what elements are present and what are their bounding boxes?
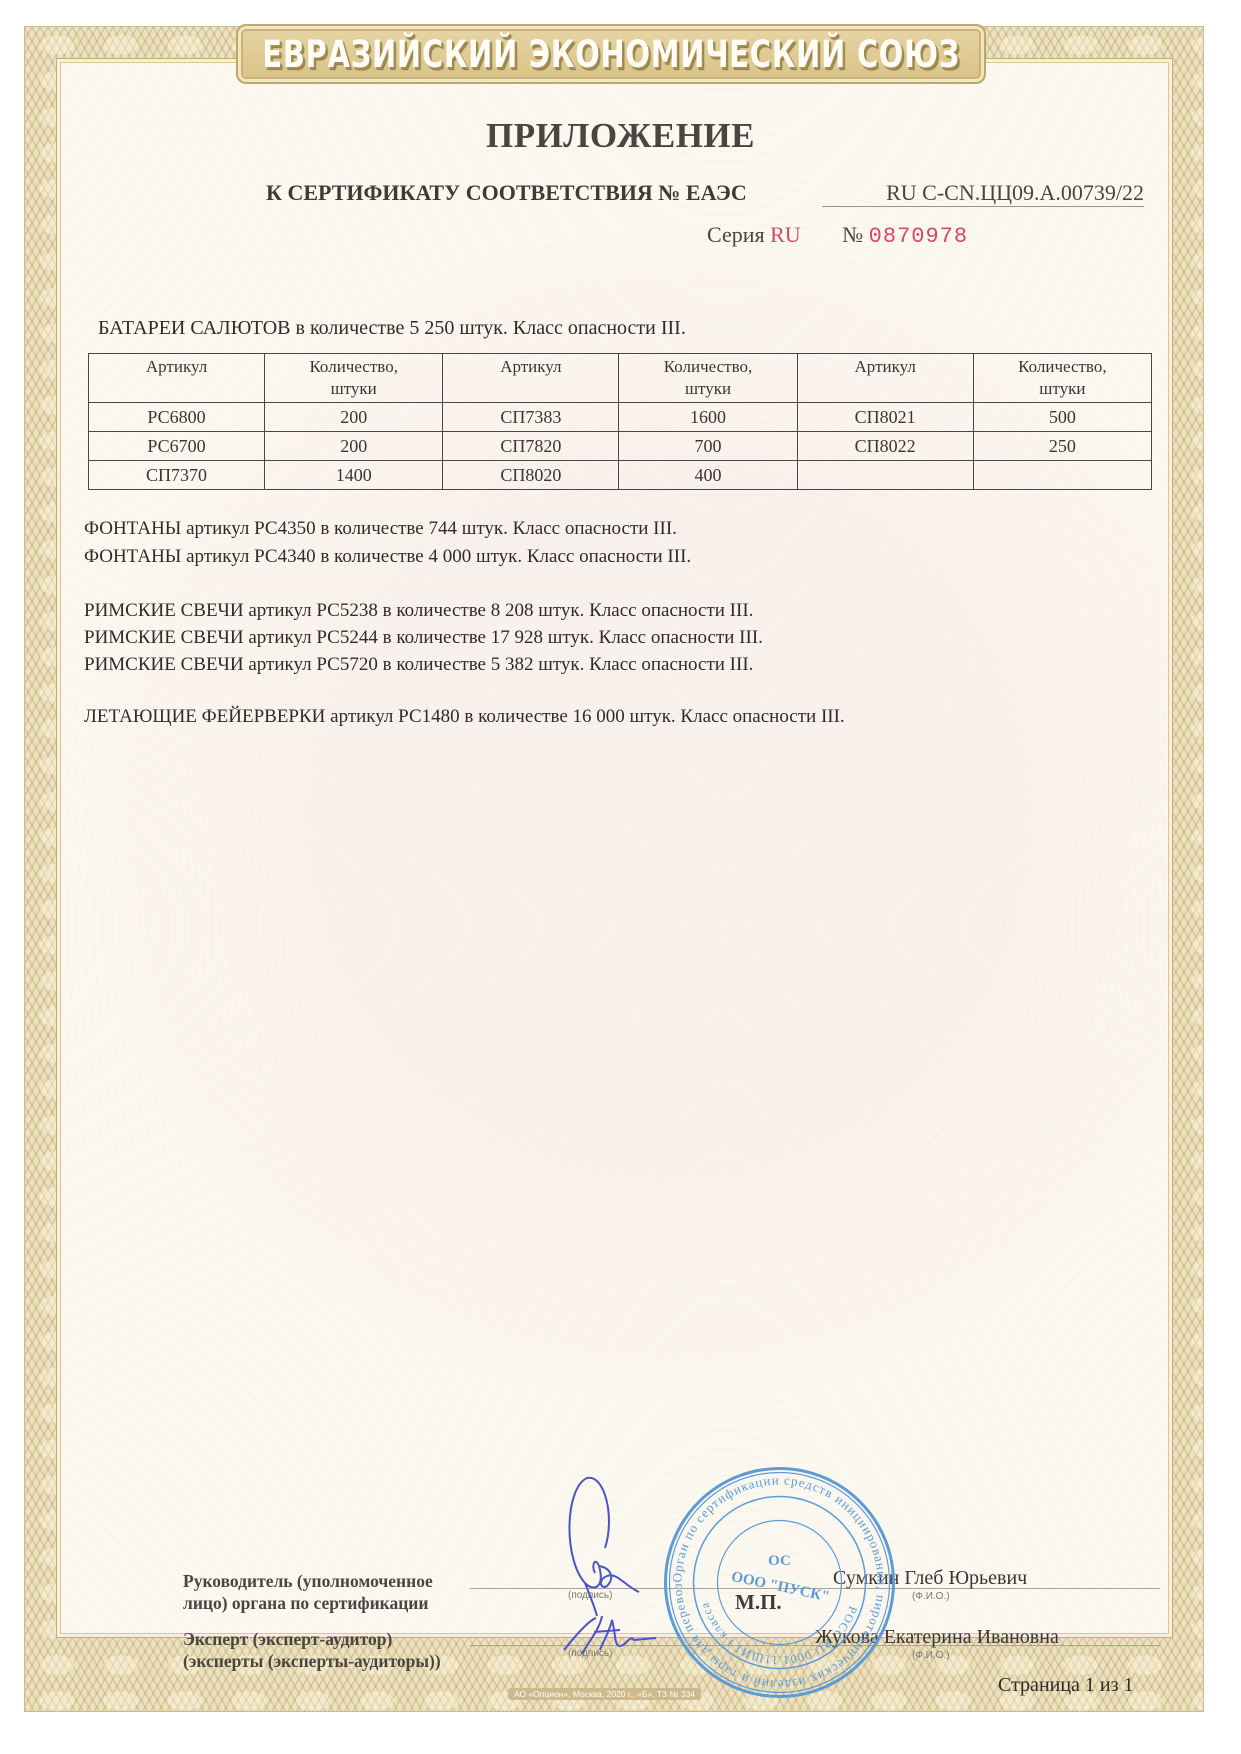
batteries-heading: БАТАРЕИ САЛЮТОВ в количестве 5 250 штук.… [98,317,686,340]
series-label: Серия [707,222,765,247]
flying-fireworks-line: ЛЕТАЮЩИЕ ФЕЙЕРВЕРКИ артикул РС1480 в кол… [84,706,845,728]
head-name-caption: (Ф.И.О.) [912,1591,950,1602]
table-cell: СП7820 [443,432,619,461]
table-cell: 250 [973,432,1151,461]
fountain-line-1: ФОНТАНЫ артикул РС4350 в количестве 744 … [84,518,677,540]
column-header: Артикул [89,354,265,403]
svg-text:ОС: ОС [768,1553,791,1569]
roman-candle-line-1: РИМСКИЕ СВЕЧИ артикул РС5238 в количеств… [84,600,753,622]
table-cell: 500 [973,403,1151,432]
head-of-body-label: Руководитель (уполномоченное лицо) орган… [183,1570,433,1614]
table-cell: СП7370 [89,461,265,490]
series-line: Серия RU № 0870978 [707,222,968,249]
fountain-line-2: ФОНТАНЫ артикул РС4340 в количестве 4 00… [84,546,691,568]
table-row: РС6700 200 СП7820 700 СП8022 250 [89,432,1152,461]
expert-name-caption: (Ф.И.О.) [912,1650,950,1661]
column-header: Количество,штуки [619,354,797,403]
table-cell: 200 [265,403,443,432]
table-row: СП7370 1400 СП8020 400 [89,461,1152,490]
table-cell: 700 [619,432,797,461]
certification-body-stamp-icon: Орган по сертификации средств инициирова… [662,1465,897,1700]
page-number: Страница 1 из 1 [998,1674,1134,1697]
table-cell: СП8021 [797,403,973,432]
expert-label: Эксперт (эксперт-аудитор) (эксперты (экс… [183,1628,441,1672]
page-title: ПРИЛОЖЕНИЕ [0,116,1241,156]
column-header: Количество,штуки [265,354,443,403]
table-cell: СП7383 [443,403,619,432]
column-header: Артикул [797,354,973,403]
table-row: РС6800 200 СП7383 1600 СП8021 500 [89,403,1152,432]
table-cell: 200 [265,432,443,461]
roman-candle-line-3: РИМСКИЕ СВЕЧИ артикул РС5720 в количеств… [84,654,753,676]
expert-label-line-1: Эксперт (эксперт-аудитор) [183,1628,441,1650]
table-cell [973,461,1151,490]
table-cell: СП8020 [443,461,619,490]
table-cell: РС6800 [89,403,265,432]
table-cell: 1600 [619,403,797,432]
batteries-table: Артикул Количество,штуки Артикул Количес… [88,353,1152,490]
roman-candle-line-2: РИМСКИЕ СВЕЧИ артикул РС5244 в количеств… [84,627,763,649]
head-signature-icon [555,1468,665,1618]
head-label-line-1: Руководитель (уполномоченное [183,1570,433,1592]
table-cell: СП8022 [797,432,973,461]
series-value: RU [770,222,801,247]
table-cell: 1400 [265,461,443,490]
certificate-label: К СЕРТИФИКАТУ СООТВЕТСТВИЯ № ЕАЭС [266,180,747,206]
expert-label-line-2: (эксперты (эксперты-аудиторы)) [183,1650,441,1672]
table-cell: РС6700 [89,432,265,461]
blank-number: 0870978 [869,224,968,249]
svg-text:ООО "ПУСК": ООО "ПУСК" [730,1569,831,1605]
table-header-row: Артикул Количество,штуки Артикул Количес… [89,354,1152,403]
number-label: № [842,222,863,247]
head-label-line-2: лицо) органа по сертификации [183,1592,433,1614]
table-cell [797,461,973,490]
column-header: Количество,штуки [973,354,1151,403]
expert-signature-icon [560,1610,660,1660]
column-header: Артикул [443,354,619,403]
svg-text:РОСС RU.0001.11ЩИ1 I класса: РОСС RU.0001.11ЩИ1 I класса [697,1600,860,1667]
certificate-number: RU C-CN.ЦЦ09.А.00739/22 [822,180,1144,207]
table-cell: 400 [619,461,797,490]
